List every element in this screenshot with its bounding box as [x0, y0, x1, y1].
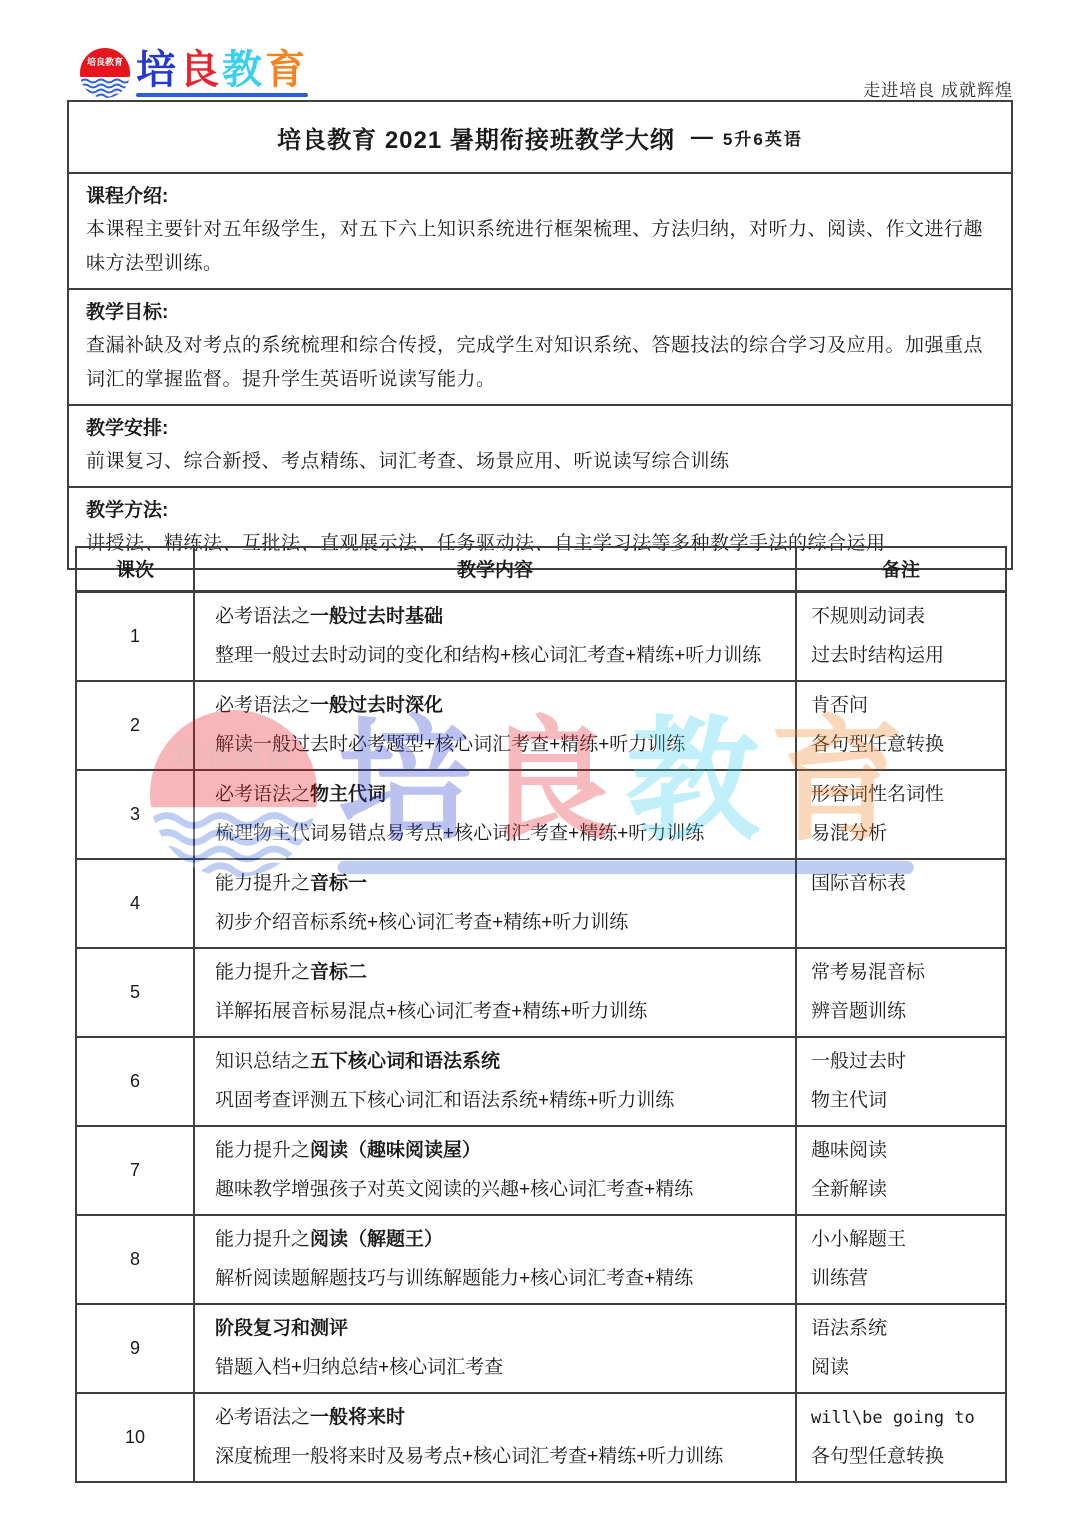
waves-icon: [80, 77, 130, 98]
table-row: 2 必考语法之一般过去时深化 解读一般过去时必考题型+核心词汇考查+精练+听力训…: [76, 681, 1006, 770]
lesson-number: 3: [76, 770, 194, 859]
section-teaching-goals: 教学目标: 查漏补缺及对考点的系统梳理和综合传授，完成学生对知识系统、答题技法的…: [69, 290, 1011, 406]
note-line: 训练营: [811, 1266, 999, 1292]
lesson-title: 阶段复习和测评: [215, 1316, 789, 1342]
note-line: 常考易混音标: [811, 960, 999, 986]
lesson-content: 必考语法之一般过去时深化 解读一般过去时必考题型+核心词汇考查+精练+听力训练: [194, 681, 796, 770]
lesson-desc: 详解拓展音标易混点+核心词汇考查+精练+听力训练: [215, 999, 789, 1025]
lesson-number: 8: [76, 1215, 194, 1304]
lesson-number: 5: [76, 948, 194, 1037]
logo-char: 良: [179, 48, 222, 92]
lesson-title: 能力提升之阅读（趣味阅读屋）: [215, 1138, 789, 1164]
section-body: 本课程主要针对五年级学生，对五下六上知识系统进行框架梳理、方法归纳，对听力、阅读…: [86, 213, 994, 281]
section-teaching-arrangement: 教学安排: 前课复习、综合新授、考点精练、词汇考查、场景应用、听说读写综合训练: [69, 406, 1011, 488]
brand-logo-circle-icon: 培良教育: [80, 48, 130, 98]
page-title-main: 培良教育 2021 暑期衔接班教学大纲: [277, 120, 675, 155]
table-row: 10 必考语法之一般将来时 深度梳理一般将来时及易考点+核心词汇考查+精练+听力…: [76, 1393, 1006, 1482]
lesson-title: 知识总结之五下核心词和语法系统: [215, 1049, 789, 1075]
lesson-note: 形容词性名词性 易混分析: [796, 770, 1006, 859]
note-line: 趣味阅读: [811, 1138, 999, 1164]
logo-wordmark: 培良教育: [136, 49, 308, 97]
table-row: 5 能力提升之音标二 详解拓展音标易混点+核心词汇考查+精练+听力训练 常考易混…: [76, 948, 1006, 1037]
table-header-row: 课次 教学内容 备注: [76, 547, 1006, 591]
lesson-number: 9: [76, 1304, 194, 1393]
document-page: 培良教育 培良教育 走进培良 成就辉煌 培良教育 2021 暑期衔接班教学大纲 …: [0, 0, 1080, 1527]
lesson-desc: 趣味教学增强孩子对英文阅读的兴趣+核心词汇考查+精练: [215, 1177, 789, 1203]
lesson-note: 语法系统 阅读: [796, 1304, 1006, 1393]
note-line: 易混分析: [811, 821, 999, 847]
lesson-title: 能力提升之音标二: [215, 960, 789, 986]
brand-slogan: 走进培良 成就辉煌: [863, 76, 1013, 101]
lesson-content: 能力提升之阅读（趣味阅读屋） 趣味教学增强孩子对英文阅读的兴趣+核心词汇考查+精…: [194, 1126, 796, 1215]
lesson-title: 能力提升之音标一: [215, 871, 789, 897]
lesson-desc: 解析阅读题解题技巧与训练解题能力+核心词汇考查+精练: [215, 1266, 789, 1292]
header-note: 备注: [796, 547, 1006, 591]
note-line: 辨音题训练: [811, 999, 999, 1025]
page-title-dash: —: [691, 124, 713, 150]
lesson-note: 一般过去时 物主代词: [796, 1037, 1006, 1126]
logo-char: 培: [136, 48, 179, 92]
table-row: 8 能力提升之阅读（解题王） 解析阅读题解题技巧与训练解题能力+核心词汇考查+精…: [76, 1215, 1006, 1304]
lesson-content: 阶段复习和测评 错题入档+归纳总结+核心词汇考查: [194, 1304, 796, 1393]
lesson-desc: 错题入档+归纳总结+核心词汇考查: [215, 1355, 789, 1381]
table-row: 4 能力提升之音标一 初步介绍音标系统+核心词汇考查+精练+听力训练 国际音标表: [76, 859, 1006, 948]
note-line: 国际音标表: [811, 871, 999, 897]
note-line: will\be going to: [811, 1405, 999, 1431]
note-line: 形容词性名词性: [811, 782, 999, 808]
page-title-sub: 5升6英语: [723, 125, 803, 150]
lesson-note: will\be going to 各句型任意转换: [796, 1393, 1006, 1482]
note-line: 不规则动词表: [811, 604, 999, 630]
note-line: 全新解读: [811, 1177, 999, 1203]
logo-char: 育: [265, 48, 308, 92]
lesson-note: 国际音标表: [796, 859, 1006, 948]
table-row: 7 能力提升之阅读（趣味阅读屋） 趣味教学增强孩子对英文阅读的兴趣+核心词汇考查…: [76, 1126, 1006, 1215]
lesson-content: 知识总结之五下核心词和语法系统 巩固考查评测五下核心词汇和语法系统+精练+听力训…: [194, 1037, 796, 1126]
note-line: 物主代词: [811, 1088, 999, 1114]
note-line: 各句型任意转换: [811, 1444, 999, 1470]
section-course-intro: 课程介绍: 本课程主要针对五年级学生，对五下六上知识系统进行框架梳理、方法归纳，…: [69, 174, 1011, 290]
lesson-number: 10: [76, 1393, 194, 1482]
lesson-content: 能力提升之音标二 详解拓展音标易混点+核心词汇考查+精练+听力训练: [194, 948, 796, 1037]
page-title: 培良教育 2021 暑期衔接班教学大纲 — 5升6英语: [69, 102, 1011, 174]
logo-circle-label: 培良教育: [80, 57, 130, 67]
lesson-content: 必考语法之一般将来时 深度梳理一般将来时及易考点+核心词汇考查+精练+听力训练: [194, 1393, 796, 1482]
lesson-content: 必考语法之一般过去时基础 整理一般过去时动词的变化和结构+核心词汇考查+精练+听…: [194, 591, 796, 681]
section-body: 查漏补缺及对考点的系统梳理和综合传授，完成学生对知识系统、答题技法的综合学习及应…: [86, 329, 994, 397]
header-content: 教学内容: [194, 547, 796, 591]
section-label: 教学安排:: [86, 412, 994, 445]
note-line: 过去时结构运用: [811, 643, 999, 669]
header-lesson: 课次: [76, 547, 194, 591]
lesson-number: 6: [76, 1037, 194, 1126]
logo-wordmark-text: 培良教育: [136, 49, 308, 91]
note-line: 肯否问: [811, 693, 999, 719]
note-line: 阅读: [811, 1355, 999, 1381]
lesson-desc: 解读一般过去时必考题型+核心词汇考查+精练+听力训练: [215, 732, 789, 758]
logo-underline: [136, 93, 308, 97]
table-row: 9 阶段复习和测评 错题入档+归纳总结+核心词汇考查 语法系统 阅读: [76, 1304, 1006, 1393]
lesson-content: 必考语法之物主代词 梳理物主代词易错点易考点+核心词汇考查+精练+听力训练: [194, 770, 796, 859]
logo-char: 教: [222, 48, 265, 92]
lesson-desc: 巩固考查评测五下核心词汇和语法系统+精练+听力训练: [215, 1088, 789, 1114]
note-line: 各句型任意转换: [811, 732, 999, 758]
lesson-note: 趣味阅读 全新解读: [796, 1126, 1006, 1215]
lesson-number: 4: [76, 859, 194, 948]
lesson-desc: 梳理物主代词易错点易考点+核心词汇考查+精练+听力训练: [215, 821, 789, 847]
lesson-title: 必考语法之一般将来时: [215, 1405, 789, 1431]
lesson-note: 不规则动词表 过去时结构运用: [796, 591, 1006, 681]
lesson-content: 能力提升之阅读（解题王） 解析阅读题解题技巧与训练解题能力+核心词汇考查+精练: [194, 1215, 796, 1304]
lesson-desc: 整理一般过去时动词的变化和结构+核心词汇考查+精练+听力训练: [215, 643, 789, 669]
table-row: 6 知识总结之五下核心词和语法系统 巩固考查评测五下核心词汇和语法系统+精练+听…: [76, 1037, 1006, 1126]
lesson-title: 必考语法之一般过去时基础: [215, 604, 789, 630]
table-row: 3 必考语法之物主代词 梳理物主代词易错点易考点+核心词汇考查+精练+听力训练 …: [76, 770, 1006, 859]
lesson-number: 1: [76, 591, 194, 681]
brand-logo: 培良教育 培良教育: [80, 48, 308, 98]
section-label: 教学方法:: [86, 494, 994, 527]
lesson-number: 2: [76, 681, 194, 770]
lesson-note: 肯否问 各句型任意转换: [796, 681, 1006, 770]
section-body: 前课复习、综合新授、考点精练、词汇考查、场景应用、听说读写综合训练: [86, 445, 994, 479]
note-line: 小小解题王: [811, 1227, 999, 1253]
lesson-desc: 初步介绍音标系统+核心词汇考查+精练+听力训练: [215, 910, 789, 936]
note-line: [811, 910, 999, 936]
syllabus-info-box: 培良教育 2021 暑期衔接班教学大纲 — 5升6英语 课程介绍: 本课程主要针…: [67, 100, 1013, 570]
lesson-title: 能力提升之阅读（解题王）: [215, 1227, 789, 1253]
note-line: 一般过去时: [811, 1049, 999, 1075]
lesson-title: 必考语法之一般过去时深化: [215, 693, 789, 719]
lesson-note: 常考易混音标 辨音题训练: [796, 948, 1006, 1037]
section-label: 课程介绍:: [86, 180, 994, 213]
lesson-desc: 深度梳理一般将来时及易考点+核心词汇考查+精练+听力训练: [215, 1444, 789, 1470]
lesson-note: 小小解题王 训练营: [796, 1215, 1006, 1304]
lesson-content: 能力提升之音标一 初步介绍音标系统+核心词汇考查+精练+听力训练: [194, 859, 796, 948]
lesson-title: 必考语法之物主代词: [215, 782, 789, 808]
section-label: 教学目标:: [86, 296, 994, 329]
lesson-schedule-table: 课次 教学内容 备注 1 必考语法之一般过去时基础 整理一般过去时动词的变化和结…: [75, 546, 1007, 1483]
note-line: 语法系统: [811, 1316, 999, 1342]
table-row: 1 必考语法之一般过去时基础 整理一般过去时动词的变化和结构+核心词汇考查+精练…: [76, 591, 1006, 681]
lesson-number: 7: [76, 1126, 194, 1215]
